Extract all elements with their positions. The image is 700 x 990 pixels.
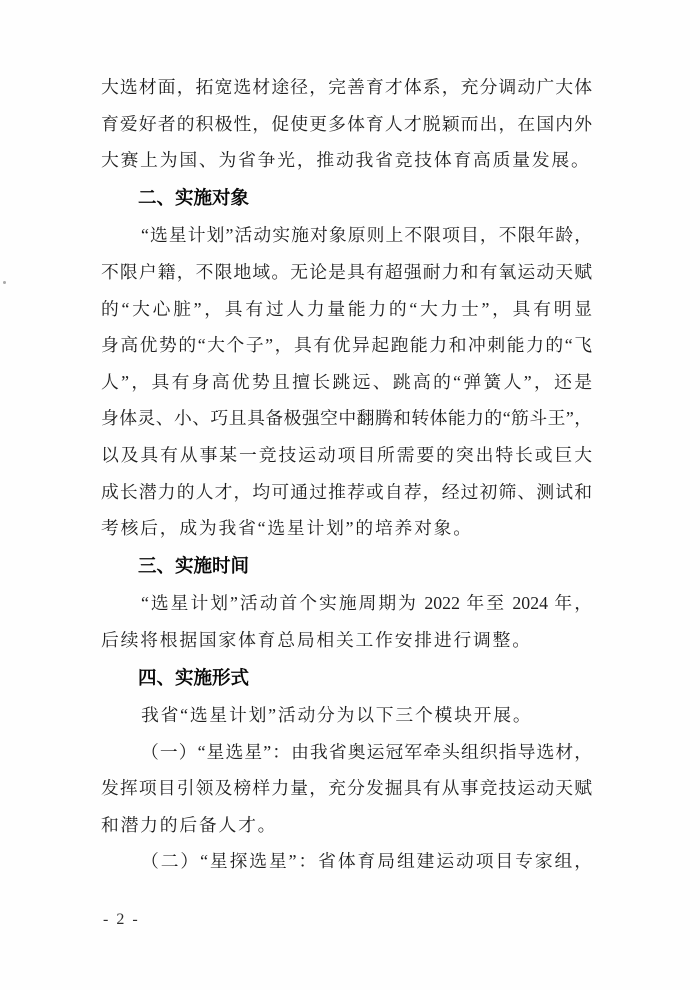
text-line: 不限户籍，不限地域。无论是具有超强耐力和有氧运动天赋 (101, 254, 592, 291)
text-line: （二）“星探选星”：省体育局组建运动项目专家组， (101, 843, 592, 880)
text-line: 我省“选星计划”活动分为以下三个模块开展。 (101, 697, 592, 734)
text-line: 发挥项目引领及榜样力量，充分发掘具有从事竞技运动天赋 (101, 770, 592, 807)
page-number: - 2 - (103, 911, 140, 929)
section-heading-3: 三、实施时间 (101, 548, 592, 585)
text-line: 和潜力的后备人才。 (101, 807, 592, 844)
text-line: 考核后，成为我省“选星计划”的培养对象。 (101, 510, 592, 547)
paragraph-module-1: （一）“星选星”：由我省奥运冠军牵头组织指导选材， 发挥项目引领及榜样力量，充分… (101, 734, 592, 844)
paragraph-targets: “选星计划”活动实施对象原则上不限项目，不限年龄， 不限户籍，不限地域。无论是具… (101, 217, 592, 546)
text-line: 后续将根据国家体育总局相关工作安排进行调整。 (101, 622, 592, 659)
text-line: 身体灵、小、巧且具备极强空中翻腾和转体能力的“筋斗王”， (101, 400, 592, 437)
text-line: 大选材面，拓宽选材途径，完善育才体系，充分调动广大体 (101, 69, 592, 106)
document-body: 大选材面，拓宽选材途径，完善育才体系，充分调动广大体 育爱好者的积极性，促使更多… (101, 69, 592, 880)
text-line: 的“大心脏”，具有过人力量能力的“大力士”，具有明显 (101, 291, 592, 328)
paragraph-modules-intro: 我省“选星计划”活动分为以下三个模块开展。 (101, 697, 592, 734)
text-line: “选星计划”活动实施对象原则上不限项目，不限年龄， (101, 217, 592, 254)
text-line: 身高优势的“大个子”，具有优异起跑能力和冲刺能力的“飞 (101, 327, 592, 364)
text-line: 大赛上为国、为省争光，推动我省竞技体育高质量发展。 (101, 142, 592, 179)
section-heading-2: 二、实施对象 (101, 180, 592, 217)
text-line: 成长潜力的人才，均可通过推荐或自荐，经过初筛、测试和 (101, 474, 592, 511)
document-page: 大选材面，拓宽选材途径，完善育才体系，充分调动广大体 育爱好者的积极性，促使更多… (0, 0, 700, 990)
text-line: （一）“星选星”：由我省奥运冠军牵头组织指导选材， (101, 734, 592, 771)
text-line: “选星计划”活动首个实施周期为 2022 年至 2024 年， (101, 585, 592, 622)
scan-speck (3, 281, 6, 284)
paragraph-continuation: 大选材面，拓宽选材途径，完善育才体系，充分调动广大体 育爱好者的积极性，促使更多… (101, 69, 592, 179)
paragraph-schedule: “选星计划”活动首个实施周期为 2022 年至 2024 年， 后续将根据国家体… (101, 585, 592, 658)
text-line: 人”，具有身高优势且擅长跳远、跳高的“弹簧人”，还是 (101, 364, 592, 401)
text-line: 育爱好者的积极性，促使更多体育人才脱颖而出，在国内外 (101, 106, 592, 143)
text-line: 以及具有从事某一竞技运动项目所需要的突出特长或巨大 (101, 437, 592, 474)
section-heading-4: 四、实施形式 (101, 660, 592, 697)
paragraph-module-2: （二）“星探选星”：省体育局组建运动项目专家组， (101, 843, 592, 880)
